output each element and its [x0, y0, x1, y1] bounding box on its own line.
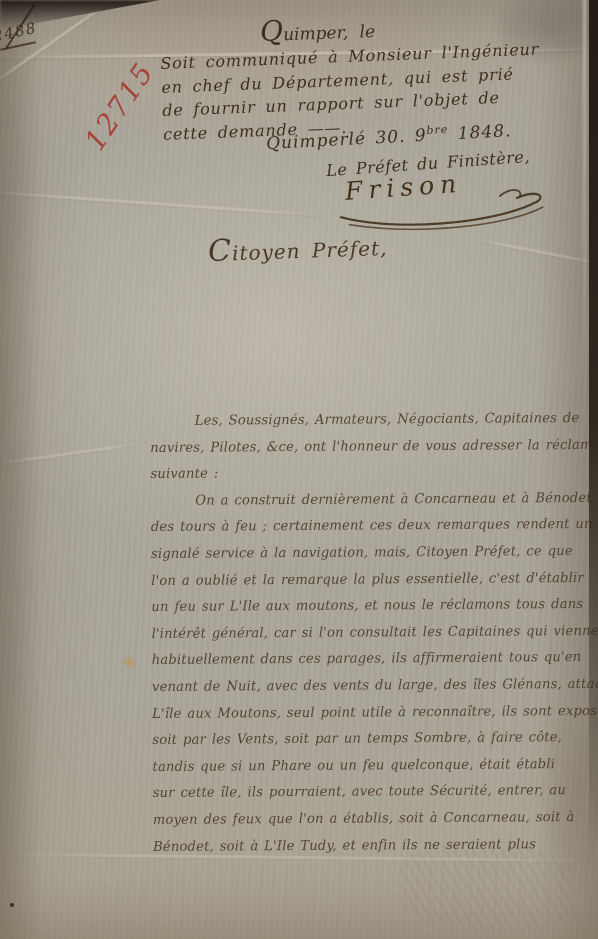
handwritten-line: moyen des feux que l'on a établis, soit … [153, 804, 588, 834]
handwritten-line: habituellement dans ces parages, ils aff… [152, 644, 587, 674]
handwritten-line: sur cette île, ils pourraient, avec tout… [153, 777, 588, 807]
paper-edge-highlight [583, 0, 586, 420]
bleed-through-smudge [1, 556, 108, 763]
registry-number-red: 12715 [68, 42, 169, 171]
handwritten-line: suivante : [150, 458, 585, 488]
place-dateline-header: Quimper, le [259, 11, 375, 48]
handwritten-line: navires, Pilotes, &ce, ont l'honneur de … [150, 432, 585, 462]
photo-corner-shadow [0, 0, 160, 30]
handwritten-line: des tours à feu ; certainement ces deux … [151, 511, 586, 541]
handwritten-line: L'île aux Moutons, seul point utile à re… [152, 697, 587, 727]
handwritten-line: tandis que si un Phare ou un feu quelcon… [152, 751, 587, 781]
manuscript-photo: 2488 12715 Quimper, le Soit communiqué à… [0, 0, 598, 939]
dateline-month-abbrev: bre [426, 123, 448, 137]
dateline-year: 1848. [448, 121, 512, 144]
handwritten-line: l'intérêt général, car si l'on consultai… [151, 618, 586, 648]
paper-crease [0, 442, 139, 464]
paper-crease [479, 239, 597, 265]
handwritten-line: venant de Nuit, avec des vents du large,… [152, 671, 587, 701]
photo-edge-shadow [589, 0, 598, 939]
handwritten-line: Les, Soussignés, Armateurs, Négociants, … [150, 405, 585, 435]
handwritten-line: Bénodet, soit à L'Ile Tudy, et enfin ils… [153, 830, 588, 860]
paper-crease [0, 190, 318, 216]
handwritten-line: On a construit dernièrement à Concarneau… [151, 485, 586, 515]
handwritten-line: soit par les Vents, soit par un temps So… [152, 724, 587, 754]
salutation: Citoyen Préfet, [207, 228, 387, 269]
ink-dot [10, 903, 14, 907]
handwritten-line: l'on a oublié et la remarque la plus ess… [151, 565, 586, 595]
paper-stain [123, 657, 136, 667]
letter-body: Les, Soussignés, Armateurs, Négociants, … [150, 405, 588, 860]
handwritten-line: signalé service à la navigation, mais, C… [151, 538, 586, 568]
handwritten-line: un feu sur L'Ile aux moutons, et nous le… [151, 591, 586, 621]
